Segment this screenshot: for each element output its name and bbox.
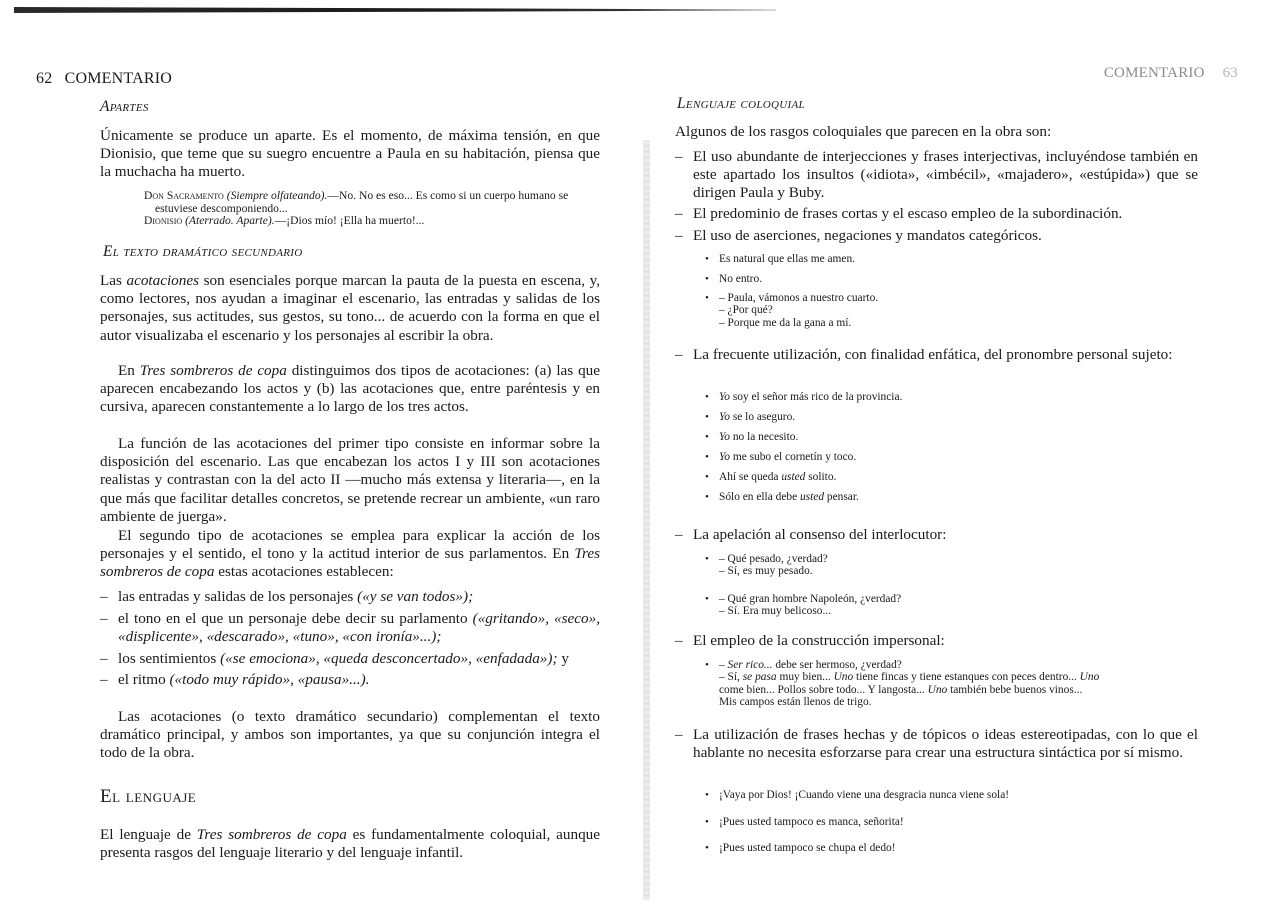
bullet-icon: • — [705, 471, 709, 483]
page-number: 63 — [1223, 65, 1238, 81]
feature-item-impersonal: –El empleo de la construcción impersonal… — [675, 632, 1198, 650]
example-item: • ¡Vaya por Dios! ¡Cuando viene una desg… — [703, 789, 1009, 801]
paragraph-acotaciones-1: Las acotaciones son esenciales porque ma… — [100, 272, 600, 345]
paragraph-lenguaje: El lenguaje de Tres sombreros de copa es… — [100, 826, 600, 862]
example-item: • ¡Pues usted tampoco se chupa el dedo! — [703, 842, 896, 854]
page-number: 62 — [36, 70, 52, 87]
bullet-icon: • — [705, 411, 709, 423]
paragraph-acotaciones-3: La función de las acotaciones del primer… — [100, 435, 600, 526]
acotaciones-list-item: –los sentimientos («se emociona», «queda… — [100, 650, 600, 668]
example-item: • Yo se lo aseguro. — [703, 411, 795, 423]
bullet-icon: • — [705, 273, 709, 285]
example-item: • Yo soy el señor más rico de la provinc… — [703, 391, 902, 403]
feature-item-interjecciones: –El uso abundante de interjecciones y fr… — [675, 148, 1198, 203]
running-head-left: 62 COMENTARIO — [36, 70, 172, 88]
example-item: • Sólo en ella debe usted pensar. — [703, 491, 859, 503]
example-item: • – Ser rico... debe ser hermoso, ¿verda… — [703, 659, 1194, 709]
bullet-icon: • — [705, 789, 709, 801]
running-head-right: COMENTARIO 63 — [1104, 65, 1238, 82]
book-gutter — [643, 140, 650, 900]
paragraph-intro: Algunos de los rasgos coloquiales que pa… — [675, 123, 1215, 141]
paragraph-acotaciones-5: Las acotaciones (o texto dramático secun… — [100, 708, 600, 763]
example-item: • Ahí se queda usted solito. — [703, 471, 836, 483]
bullet-icon: • — [705, 842, 709, 854]
paragraph-apartes: Únicamente se produce un aparte. Es el m… — [100, 127, 600, 182]
example-item: • Yo me subo el cornetín y toco. — [703, 451, 856, 463]
heading-lenguaje-coloquial: Lenguaje coloquial — [677, 95, 805, 113]
acotaciones-list-item: –las entradas y salidas de los personaje… — [100, 588, 600, 606]
feature-item-frases-cortas: –El predominio de frases cortas y el esc… — [675, 205, 1198, 223]
example-item: • ¡Pues usted tampoco es manca, señorita… — [703, 816, 904, 828]
acotaciones-list-item: –el ritmo («todo muy rápido», «pausa»...… — [100, 671, 600, 689]
feature-item-consenso: –La apelación al consenso del interlocut… — [675, 526, 1198, 544]
bullet-icon: • — [705, 593, 709, 605]
heading-el-lenguaje: El lenguaje — [100, 786, 196, 808]
bullet-icon: • — [705, 253, 709, 265]
left-page: 62 COMENTARIO Apartes Únicamente se prod… — [0, 0, 640, 905]
example-item: • Es natural que ellas me amen. — [703, 253, 855, 265]
quote-line-dionisio: Dionisio (Aterrado. Aparte).—¡Dios mío! … — [144, 215, 600, 228]
bullet-icon: • — [705, 292, 709, 304]
acotaciones-list-item: –el tono en el que un personaje debe dec… — [100, 610, 600, 646]
bullet-icon: • — [705, 491, 709, 503]
example-item: • – Paula, vámonos a nuestro cuarto. – ¿… — [703, 292, 878, 329]
bullet-icon: • — [705, 451, 709, 463]
feature-item-pronombre: –La frecuente utilización, con finalidad… — [675, 346, 1198, 364]
bullet-icon: • — [705, 816, 709, 828]
feature-item-frases-hechas: –La utilización de frases hechas y de tó… — [675, 726, 1198, 762]
bullet-icon: • — [705, 431, 709, 443]
right-page: COMENTARIO 63 Lenguaje coloquial Algunos… — [650, 0, 1280, 905]
example-item: • No entro. — [703, 273, 762, 285]
example-item: • – Qué gran hombre Napoleón, ¿verdad? –… — [703, 593, 901, 618]
paragraph-acotaciones-2: En Tres sombreros de copa distinguimos d… — [100, 362, 600, 417]
example-item: • Yo no la necesito. — [703, 431, 798, 443]
example-item: • – Qué pesado, ¿verdad? – Sí, es muy pe… — [703, 553, 828, 578]
bullet-icon: • — [705, 659, 709, 671]
running-head-title: COMENTARIO — [1104, 65, 1205, 81]
bullet-icon: • — [705, 391, 709, 403]
dialogue-quote: Don Sacramento (Siempre olfateando).—No.… — [144, 190, 600, 228]
paragraph-acotaciones-4: El segundo tipo de acotaciones se emplea… — [100, 527, 600, 582]
heading-texto-dramatico: El texto dramático secundario — [103, 243, 302, 261]
feature-item-aserciones: –El uso de aserciones, negaciones y mand… — [675, 227, 1198, 245]
quote-line-sacramento: Don Sacramento (Siempre olfateando).—No.… — [144, 190, 600, 215]
bullet-icon: • — [705, 553, 709, 565]
heading-apartes: Apartes — [100, 98, 149, 116]
running-head-title: COMENTARIO — [65, 70, 172, 87]
